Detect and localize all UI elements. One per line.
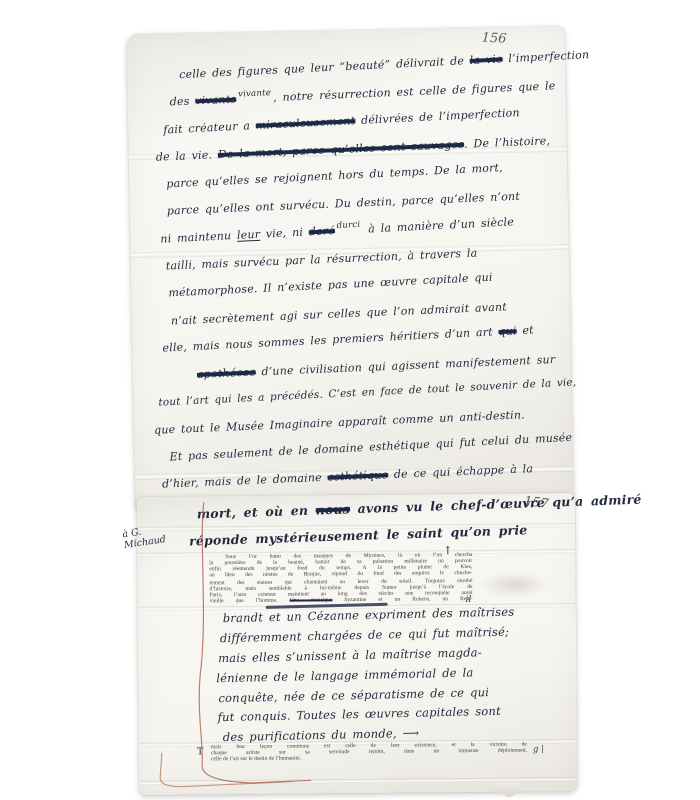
- photo-background: 156 celle des figures que leur “beauté” …: [0, 0, 700, 800]
- typed-paste-in-paragraph-1: Sous l’or battu des masques de Mycènes, …: [209, 553, 472, 579]
- handwritten-text-block-156: celle des figures que leur “beauté” déli…: [127, 54, 573, 499]
- handwritten-text-block-157-top: mort, et où en nous avons vu le chef-d’œ…: [137, 497, 575, 555]
- typed-paste-in-footer: mais leur leçon commune est celle de leu…: [211, 743, 527, 763]
- pencil-smudge: [479, 571, 549, 598]
- manuscript-page-156: 156 celle des figures que leur “beauté” …: [126, 26, 573, 512]
- typed-paste-in-paragraph-2: tement des statues qui chantaient au lev…: [209, 579, 472, 605]
- manuscript-page-157: 157 mort, et où en nous avons vu le chef…: [137, 493, 578, 795]
- insertion-mark: T: [197, 746, 203, 757]
- paper-fold-tab: [495, 783, 521, 798]
- handwritten-correction: g |: [533, 744, 544, 754]
- handwritten-text-block-157-mid: brandt et un Cézanne expriment des maîtr…: [138, 606, 577, 749]
